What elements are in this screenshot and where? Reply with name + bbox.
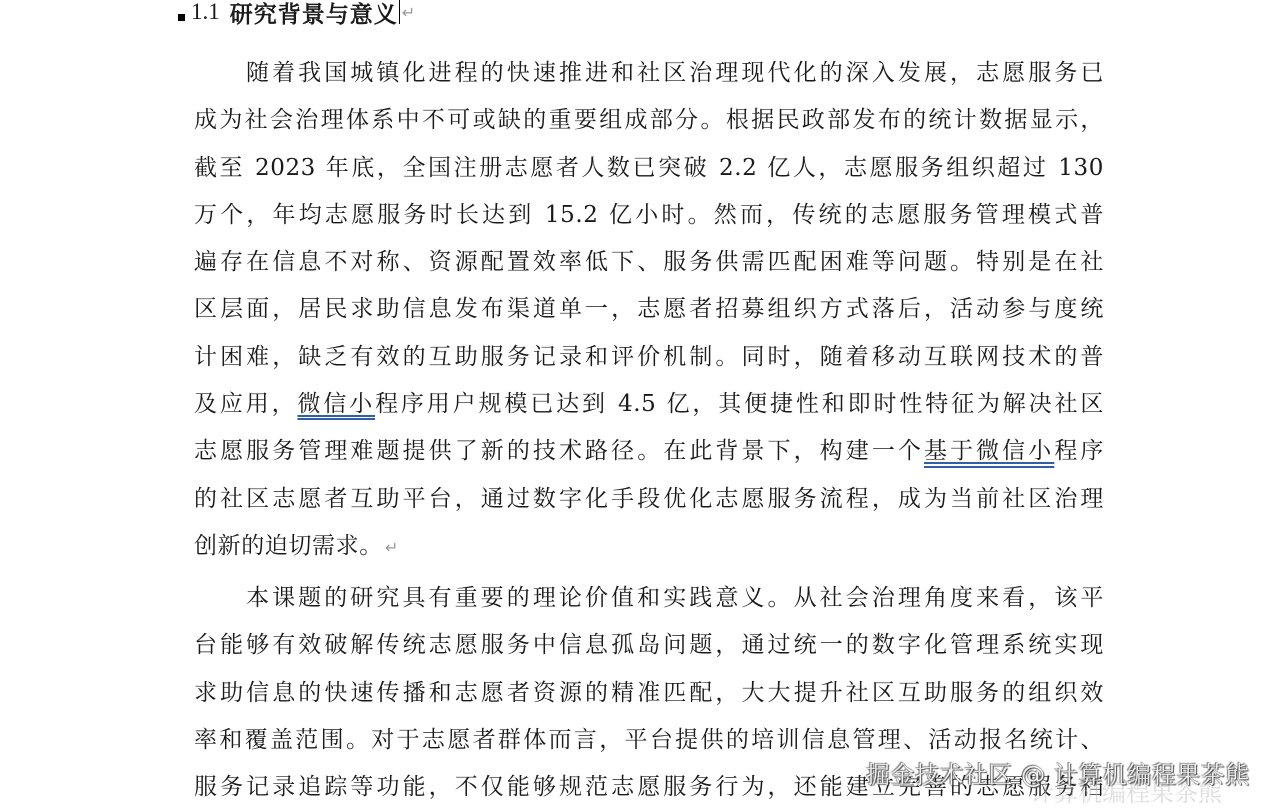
text-line: 成为社会治理体系中不可或缺的重要组成部分。根据民政部发布的统计数据显示， — [194, 97, 1104, 144]
text-span: 程序用户规模已达到 4.5 亿，其便捷性和即时性特征为解决社区 — [375, 391, 1104, 417]
section-heading[interactable]: 1.1 研究背景与意义 ↵ — [178, 0, 415, 28]
text-line: 的社区志愿者互助平台，通过数字化手段优化志愿服务流程，成为当前社区治理 — [194, 476, 1104, 523]
text-line: 截至 2023 年底，全国注册志愿者人数已突破 2.2 亿人，志愿服务组织超过 … — [194, 145, 1104, 192]
text-line: 志愿服务管理难题提供了新的技术路径。在此背景下，构建一个基于微信小程序 — [194, 428, 1104, 475]
text-span: 程序 — [1054, 438, 1104, 464]
text-line: 本课题的研究具有重要的理论价值和实践意义。从社会治理角度来看，该平 — [194, 575, 1104, 622]
grammar-suggestion-mark[interactable]: 基于微信小 — [924, 438, 1054, 464]
text-line: 万个，年均志愿服务时长达到 15.2 亿小时。然而，传统的志愿服务管理模式普 — [194, 192, 1104, 239]
text-span: 志愿服务管理难题提供了新的技术路径。在此背景下，构建一个 — [194, 438, 924, 464]
grammar-suggestion-mark[interactable]: 微信小 — [297, 391, 375, 417]
return-mark-icon: ↵ — [402, 3, 415, 22]
text-span: 及应用， — [194, 391, 297, 417]
text-cursor — [399, 0, 400, 24]
text-line: 区层面，居民求助信息发布渠道单一，志愿者招募组织方式落后，活动参与度统 — [194, 286, 1104, 333]
text-line: 随着我国城镇化进程的快速推进和社区治理现代化的深入发展，志愿服务已 — [194, 50, 1104, 97]
watermark: 掘金技术社区 @ 计算机编程果茶熊 — [866, 755, 1250, 790]
text-line: 遍存在信息不对称、资源配置效率低下、服务供需匹配困难等问题。特别是在社 — [194, 239, 1104, 286]
text-span: 创新的迫切需求。 — [194, 533, 383, 559]
heading-title: 研究背景与意义 — [230, 0, 398, 29]
text-line: 台能够有效破解传统志愿服务中信息孤岛问题，通过统一的数字化管理系统实现 — [194, 622, 1104, 669]
paragraph-background[interactable]: 随着我国城镇化进程的快速推进和社区治理现代化的深入发展，志愿服务已 成为社会治理… — [194, 50, 1104, 570]
return-mark-icon: ↵ — [385, 538, 399, 557]
text-line: 及应用，微信小程序用户规模已达到 4.5 亿，其便捷性和即时性特征为解决社区 — [194, 381, 1104, 428]
text-line: 求助信息的快速传播和志愿者资源的精准匹配，大大提升社区互助服务的组织效 — [194, 670, 1104, 717]
document-page[interactable]: 1.1 研究背景与意义 ↵ 随着我国城镇化进程的快速推进和社区治理现代化的深入发… — [0, 0, 1275, 811]
heading-number: 1.1 — [191, 0, 220, 25]
paragraph-mark-icon — [178, 14, 185, 21]
text-line: 创新的迫切需求。↵ — [194, 523, 1104, 570]
text-line: 计困难，缺乏有效的互助服务记录和评价机制。同时，随着移动互联网技术的普 — [194, 334, 1104, 381]
